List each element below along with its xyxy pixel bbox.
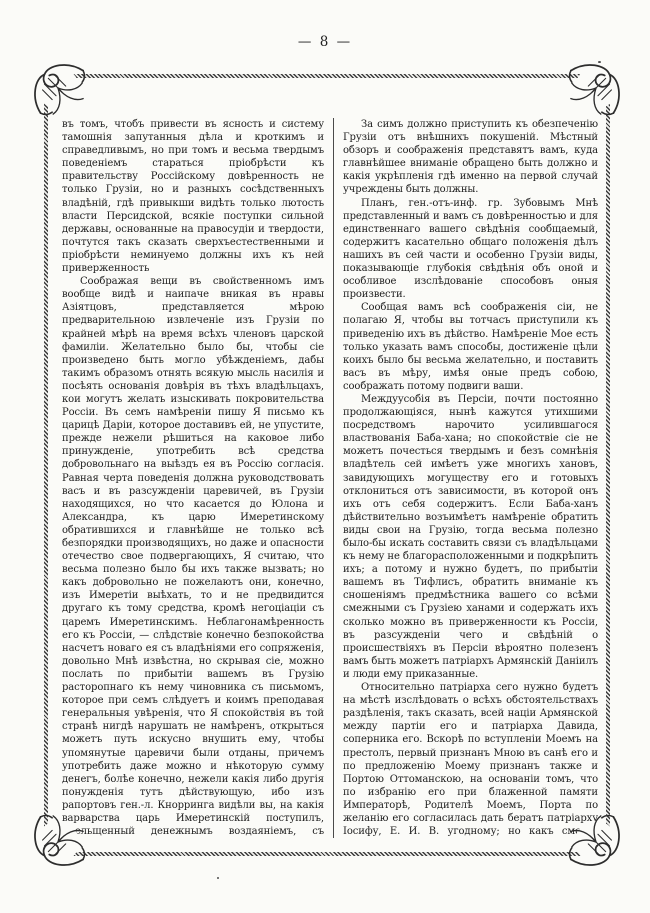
corner-ornament-bottom-right-icon xyxy=(567,813,625,871)
page-number: — 8 — xyxy=(0,34,650,50)
corner-ornament-bottom-left-icon xyxy=(29,813,87,871)
corner-ornament-top-left-icon xyxy=(29,59,87,117)
scan-speck xyxy=(217,877,219,879)
paragraph: Соображая вещи въ свойственномъ имъ вооб… xyxy=(62,275,324,838)
paragraph: Междуусобія въ Персіи, почти постоянно п… xyxy=(343,393,598,681)
paragraph: Планъ, ген.-отъ-инф. гр. Зубовымъ Мнѣ пр… xyxy=(343,197,598,302)
paragraph: въ томъ, чтобъ привести въ ясность и сис… xyxy=(62,118,324,275)
paragraph: Сообщая вамъ всѣ соображенія сіи, не пол… xyxy=(343,301,598,393)
paragraph: За симъ должно приступить къ обезпеченію… xyxy=(343,118,598,197)
paragraph: Относительно патріарха сего нужно будетъ… xyxy=(343,681,598,838)
frame-paper: въ томъ, чтобъ привести въ ясность и сис… xyxy=(48,78,606,852)
left-column: въ томъ, чтобъ привести въ ясность и сис… xyxy=(62,118,334,838)
scanned-page: — 8 — въ томъ, чтобъ привести въ ясность… xyxy=(0,0,650,913)
decorative-frame: въ томъ, чтобъ привести въ ясность и сис… xyxy=(44,74,610,856)
corner-ornament-top-right-icon xyxy=(567,59,625,117)
text-columns: въ томъ, чтобъ привести въ ясность и сис… xyxy=(62,118,598,838)
right-column: За симъ должно приступить къ обезпеченію… xyxy=(334,118,598,838)
